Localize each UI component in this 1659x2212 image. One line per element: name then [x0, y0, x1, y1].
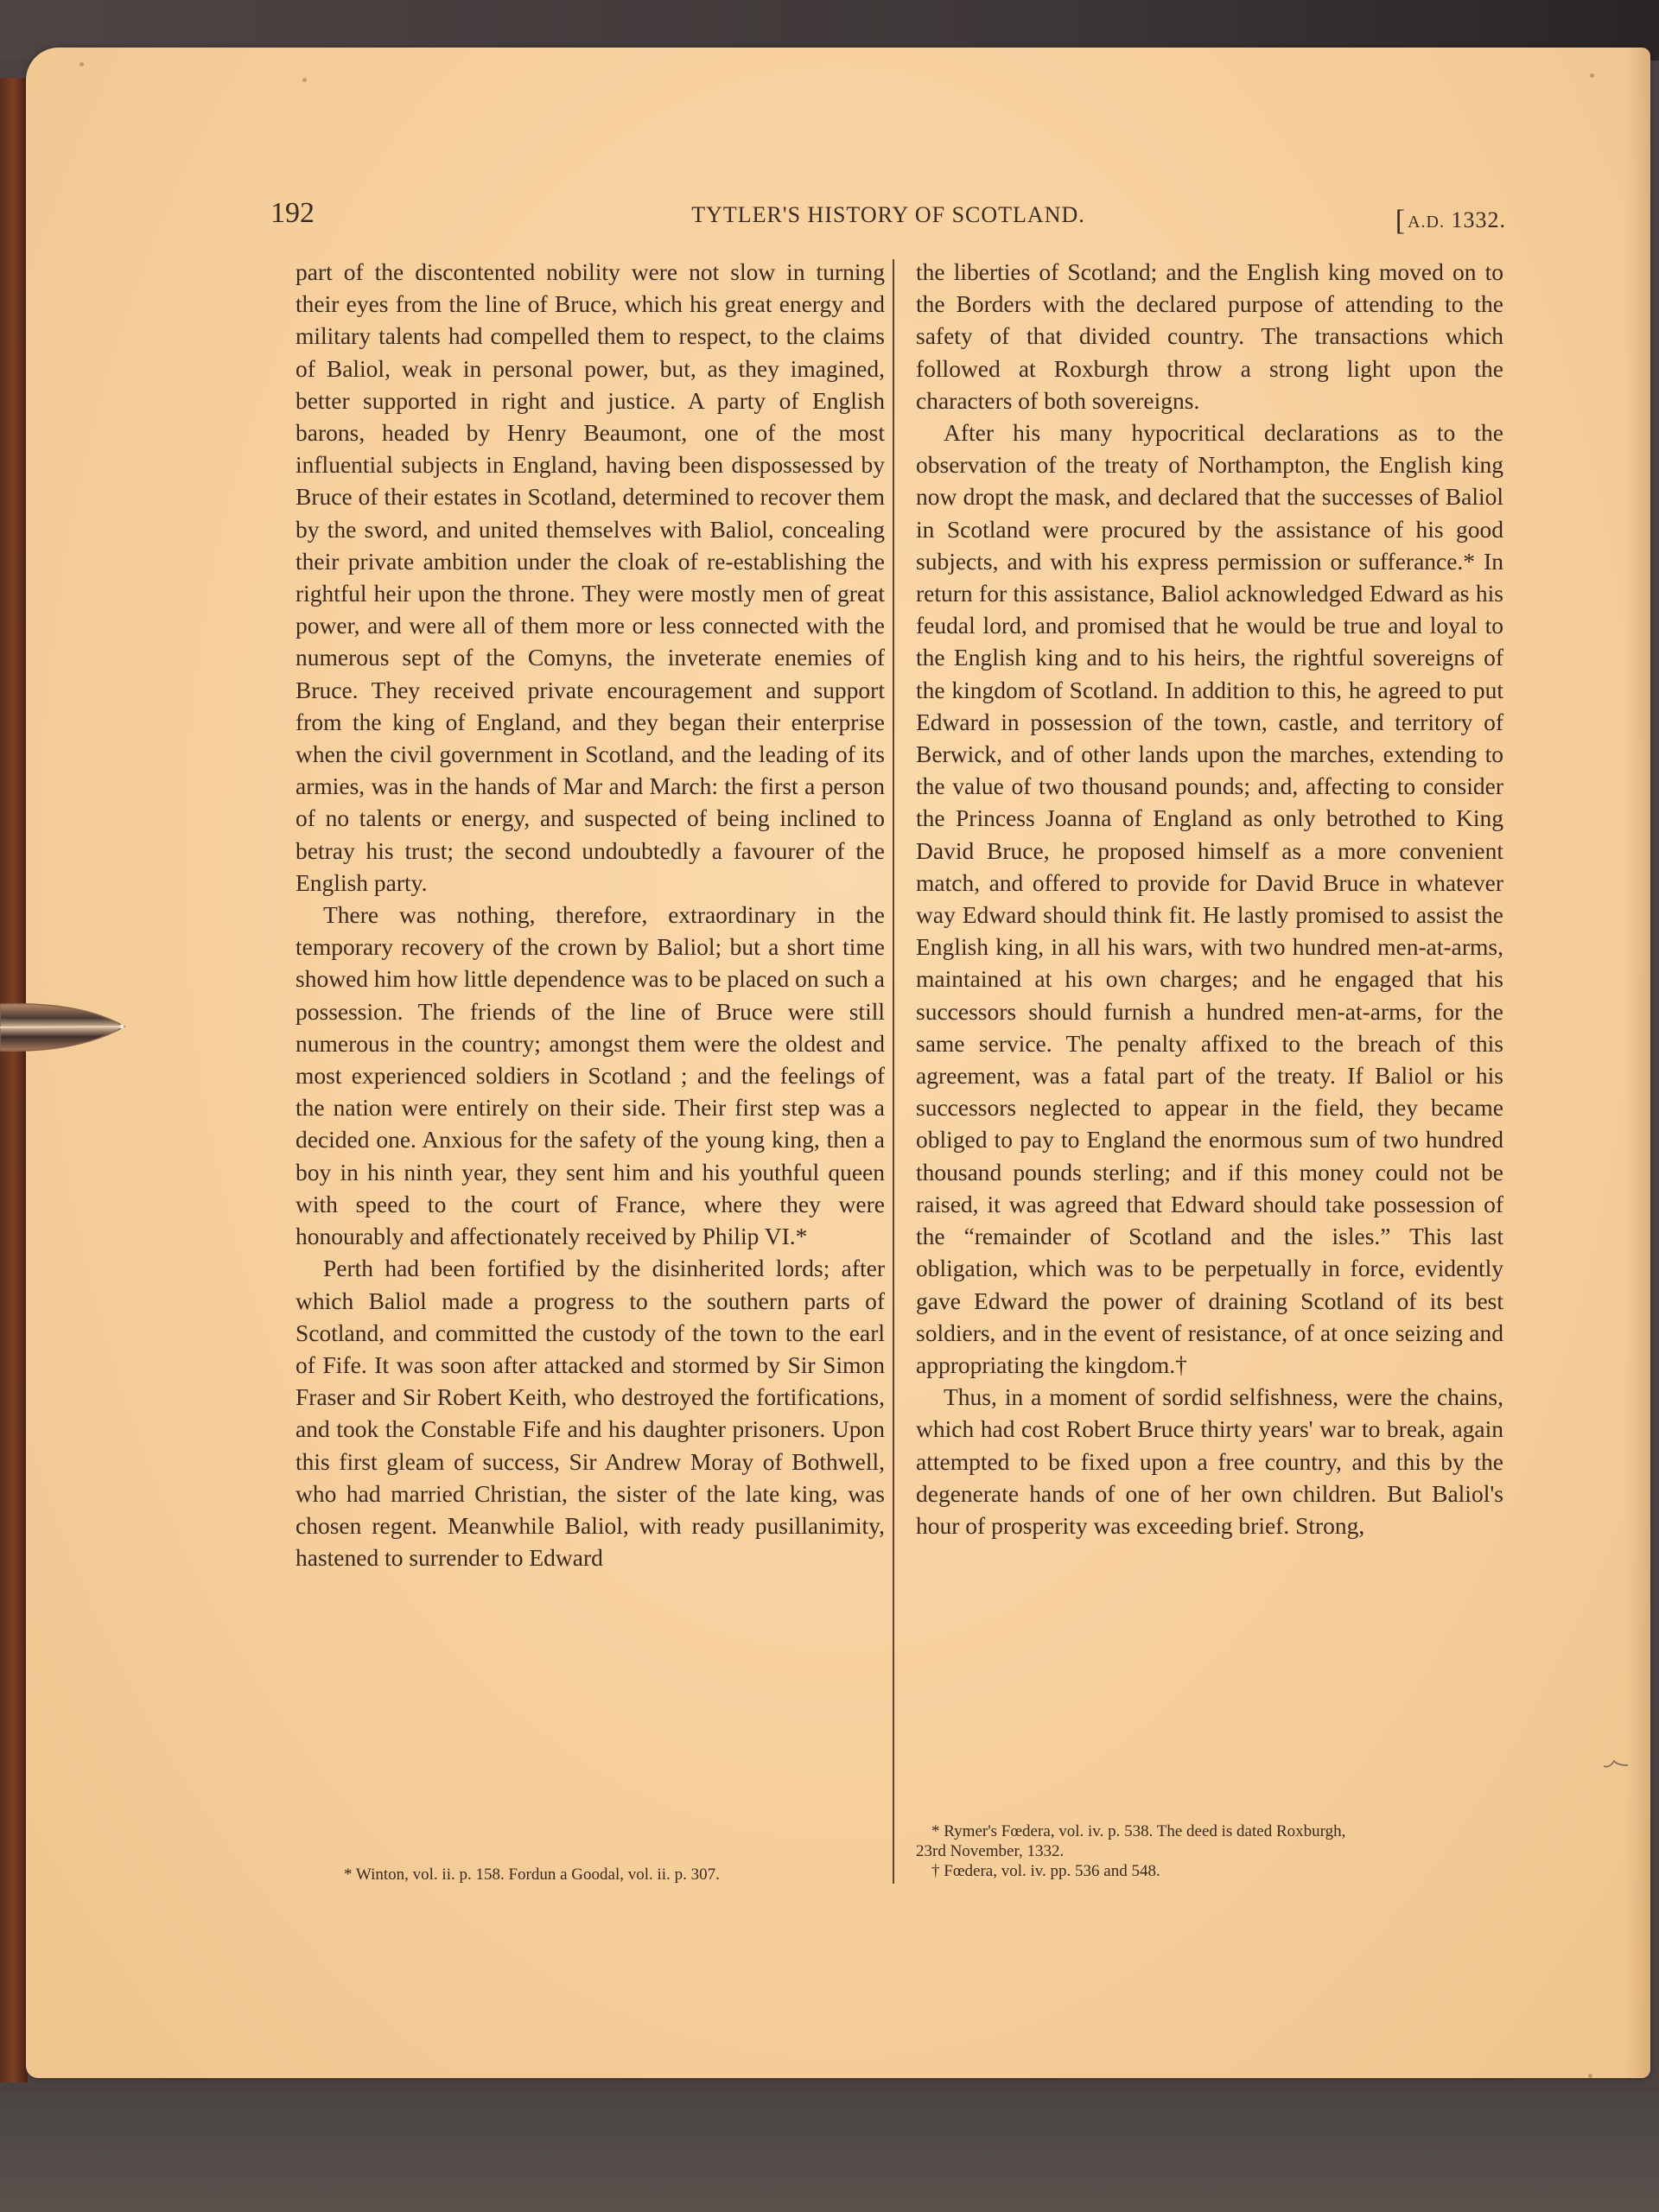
right-footnotes: * Rymer's Fœdera, vol. iv. p. 538. The d… — [916, 1821, 1503, 1881]
date-prefix: A.D. — [1408, 213, 1445, 232]
paragraph: part of the discontented nobility were n… — [296, 256, 885, 899]
paragraph: There was nothing, therefore, extraordin… — [296, 899, 885, 1252]
footnote: † Fœdera, vol. iv. pp. 536 and 548. — [916, 1861, 1503, 1881]
paper-speck — [1590, 73, 1594, 78]
paper-speck — [1588, 2074, 1592, 2078]
margin-pencil-mark — [1603, 1758, 1629, 1769]
footnote: * Rymer's Fœdera, vol. iv. p. 538. The d… — [916, 1821, 1503, 1841]
footnote-continuation: 23rd November, 1332. — [916, 1841, 1503, 1861]
page-edge-shadow — [1624, 48, 1650, 2078]
pen-nib-bookmark — [0, 994, 128, 1063]
running-title: TYTLER'S HISTORY OF SCOTLAND. — [270, 202, 1506, 228]
date-heading: [A.D. 1332. — [1395, 202, 1506, 235]
left-footnotes: * Winton, vol. ii. p. 158. Fordun a Good… — [328, 1865, 881, 1885]
paragraph: the liberties of Scotland; and the Engli… — [916, 256, 1503, 416]
book-cover-edge — [0, 78, 28, 2082]
right-column: the liberties of Scotland; and the Engli… — [916, 256, 1503, 1541]
left-column: part of the discontented nobility were n… — [296, 256, 885, 1573]
paper-speck — [79, 62, 84, 67]
footnote: * Winton, vol. ii. p. 158. Fordun a Good… — [328, 1865, 881, 1885]
paragraph: Perth had been fortified by the disinher… — [296, 1252, 885, 1573]
column-divider — [893, 259, 894, 1884]
backdrop-bottom — [0, 2091, 1659, 2212]
date-bracket: [ — [1395, 205, 1406, 237]
paper-speck — [302, 78, 307, 82]
paragraph: Thus, in a moment of sordid selfishness,… — [916, 1381, 1503, 1541]
date-year: 1332. — [1452, 207, 1507, 232]
paragraph: After his many hypocritical declarations… — [916, 416, 1503, 1381]
running-head: 192 TYTLER'S HISTORY OF SCOTLAND. [A.D. … — [270, 197, 1506, 232]
